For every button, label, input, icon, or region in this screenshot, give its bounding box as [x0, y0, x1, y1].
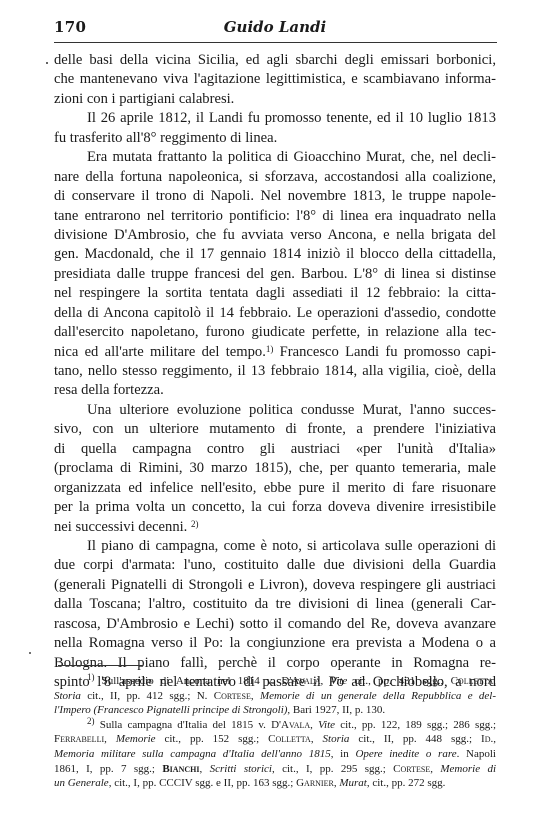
work-title: Storia: [54, 690, 81, 702]
paragraph-start: Il 26 aprile 1812, il Landi fu promosso …: [54, 109, 496, 128]
body-text: delle basi della vicina Sicilia, ed agli…: [54, 51, 496, 692]
work-title: Memoria militare sulla campagna d'Italia…: [54, 748, 331, 760]
text-segment: nei successivi decenni.: [54, 519, 187, 535]
author-name: Garnier: [296, 777, 334, 789]
footnote-line: 1861, I, pp. 7 sgg.; Bianchi, Scritti st…: [54, 762, 496, 777]
work-title: Murat: [339, 777, 367, 789]
text-line: resa della fortezza.: [54, 381, 496, 400]
footnote-ref-1[interactable]: 1): [266, 344, 274, 354]
text-segment: Sull'assedio di Ancona nel 1814 v.: [102, 675, 282, 687]
footnote-2: 2) Sulla campagna d'Italia del 1815 v. D…: [54, 718, 496, 733]
footnote-line: Memoria militare sulla campagna d'Italia…: [54, 747, 496, 762]
work-title: Memorie: [116, 733, 156, 745]
work-title: Scritti storici: [210, 763, 272, 775]
paragraph-start: Il piano di campagna, come è noto, si ar…: [54, 537, 496, 556]
text-line: delle basi della vicina Sicilia, ed agli…: [54, 51, 496, 70]
work-title: un Generale: [54, 777, 109, 789]
footnote-marker: 2): [87, 716, 95, 726]
footnote-line: l'Impero (Francesco Pignatelli principe …: [54, 703, 496, 718]
work-title: Opere inedite o rare: [355, 748, 456, 760]
running-head: 170 Guido Landi: [54, 16, 496, 38]
paragraph-start: Una ulteriore evoluzione politica condus…: [54, 401, 496, 420]
text-segment: , in: [331, 748, 356, 760]
author-name: Id.: [481, 733, 493, 745]
text-segment: ,: [430, 763, 440, 775]
paragraph-start: Era mutata frattanto la politica di Gioa…: [54, 148, 496, 167]
work-title: Vite: [318, 719, 335, 731]
footnotes: 1) Sull'assedio di Ancona nel 1814 v. D'…: [54, 674, 496, 791]
text-segment: ,: [251, 690, 260, 702]
author-name: Colletta: [451, 675, 494, 687]
text-segment: ,: [493, 733, 496, 745]
header-rule: [54, 42, 497, 43]
text-line: rascosa, D'Ambrosio e Lechi) sotto il co…: [54, 615, 496, 634]
text-line: sivo, con un ulteriore mutamento di fron…: [54, 420, 496, 439]
author-name: Colletta: [268, 733, 311, 745]
text-line: dalla Toscana; l'altro, costituito da tr…: [54, 595, 496, 614]
text-line: nella Romagna verso il Po: la congiunzio…: [54, 634, 496, 653]
text-segment: Francesco Landi fu promosso capi-: [280, 344, 496, 360]
text-segment: ,: [310, 719, 318, 731]
scan-speck: [46, 62, 48, 64]
text-segment: 1861, I, pp. 7 sgg.;: [54, 763, 162, 775]
text-segment: ,: [320, 675, 330, 687]
text-segment: ,: [104, 733, 116, 745]
text-segment: . Napoli: [457, 748, 496, 760]
text-segment: cit., pp. 431 sgg.;: [347, 675, 450, 687]
text-segment: , cit., pp. 272 sgg.: [367, 777, 446, 789]
text-segment: Sulla campagna d'Italia del 1815 v.: [100, 719, 271, 731]
work-title: l'Impero (Francesco Pignatelli principe …: [54, 704, 287, 716]
text-segment: cit., pp. 122, 189 sgg.; 286 sgg.;: [335, 719, 496, 731]
text-line: gen. Macdonald, che il 17 gennaio 1814 i…: [54, 245, 496, 264]
footnote-separator: [58, 665, 143, 666]
text-line: fu trasferito all'8° reggimento di linea…: [54, 129, 496, 148]
work-title: Vite: [330, 675, 347, 687]
book-page: 170 Guido Landi delle basi della vicina …: [0, 0, 550, 829]
text-line: tano, nello stesso reggimento, il 13 feb…: [54, 362, 496, 381]
text-segment: ,: [493, 675, 496, 687]
text-line: organizzata ed infelice nell'esito, ebbe…: [54, 479, 496, 498]
text-line: due corpi d'armata: l'uno, costituito da…: [54, 556, 496, 575]
text-segment: , Bari 1927, II, p. 130.: [287, 704, 385, 716]
author-name: Bianchi: [162, 763, 199, 775]
text-line: della di Ancona capitolò il 14 febbraio.…: [54, 304, 496, 323]
text-line: di conservare il trono di Napoli. Nel no…: [54, 187, 496, 206]
author-name: Ferrabelli: [54, 733, 104, 745]
text-line: che mantenevano viva l'agitazione legitt…: [54, 70, 496, 89]
text-segment: cit., II, pp. 412 sgg.; N.: [81, 690, 214, 702]
text-segment: ,: [199, 763, 209, 775]
footnote-marker: 1): [87, 672, 95, 682]
text-segment: nica ed all'arte militare del tempo.: [54, 344, 266, 360]
text-line: divisione D'Ambrosio, che fu avviata ver…: [54, 226, 496, 245]
text-segment: ,: [311, 733, 323, 745]
running-title: Guido Landi: [54, 18, 496, 36]
author-name: D'Avala: [281, 675, 320, 687]
author-name: D'Avala: [271, 719, 310, 731]
text-line: dall'esercito napoletano, furono giudica…: [54, 323, 496, 342]
scan-speck: [29, 652, 31, 654]
text-segment: , cit., I, pp. 295 sgg.;: [272, 763, 393, 775]
work-title: Memorie di: [440, 763, 496, 775]
footnote-ref-2[interactable]: 2): [191, 519, 199, 529]
text-line: (proclama di Rimini, 30 marzo 1815), che…: [54, 459, 496, 478]
work-title: Memorie di un generale della Repubblica …: [260, 690, 496, 702]
work-title: Storia: [323, 733, 350, 745]
footnote-line: Storia cit., II, pp. 412 sgg.; N. Cortes…: [54, 689, 496, 704]
author-name: Cortese: [393, 763, 430, 775]
text-line: di quella campagna contro gli austriaci …: [54, 440, 496, 459]
text-line: zioni con i partigiani calabresi.: [54, 90, 496, 109]
footnote-1: 1) Sull'assedio di Ancona nel 1814 v. D'…: [54, 674, 496, 689]
text-line: presidiata dalle truppe francesi del gen…: [54, 265, 496, 284]
text-line: Bologna. Il piano fallì, perchè il corpo…: [54, 654, 496, 673]
footnote-line: Ferrabelli, Memorie cit., pp. 152 sgg.; …: [54, 732, 496, 747]
text-line: nel respingere la sortita tentata dagli …: [54, 284, 496, 303]
text-segment: , cit., I, pp. CCCIV sgg. e II, pp. 163 …: [109, 777, 296, 789]
text-segment: cit., II, pp. 448 sgg.;: [349, 733, 481, 745]
text-line: (generali Pignatelli di Strongoli e Livr…: [54, 576, 496, 595]
author-name: Cortese: [214, 690, 251, 702]
text-segment: cit., pp. 152 sgg.;: [156, 733, 269, 745]
text-line-with-footnote: nica ed all'arte militare del tempo.1) F…: [54, 343, 496, 362]
text-line: nare della fortuna napoleonica, si sforz…: [54, 168, 496, 187]
text-line: tane entrarono nel territorio pontificio…: [54, 207, 496, 226]
text-line: per la prima volta un concetto, la cui f…: [54, 498, 496, 517]
text-line-with-footnote: nei successivi decenni. 2): [54, 518, 496, 537]
footnote-line: un Generale, cit., I, pp. CCCIV sgg. e I…: [54, 776, 496, 791]
